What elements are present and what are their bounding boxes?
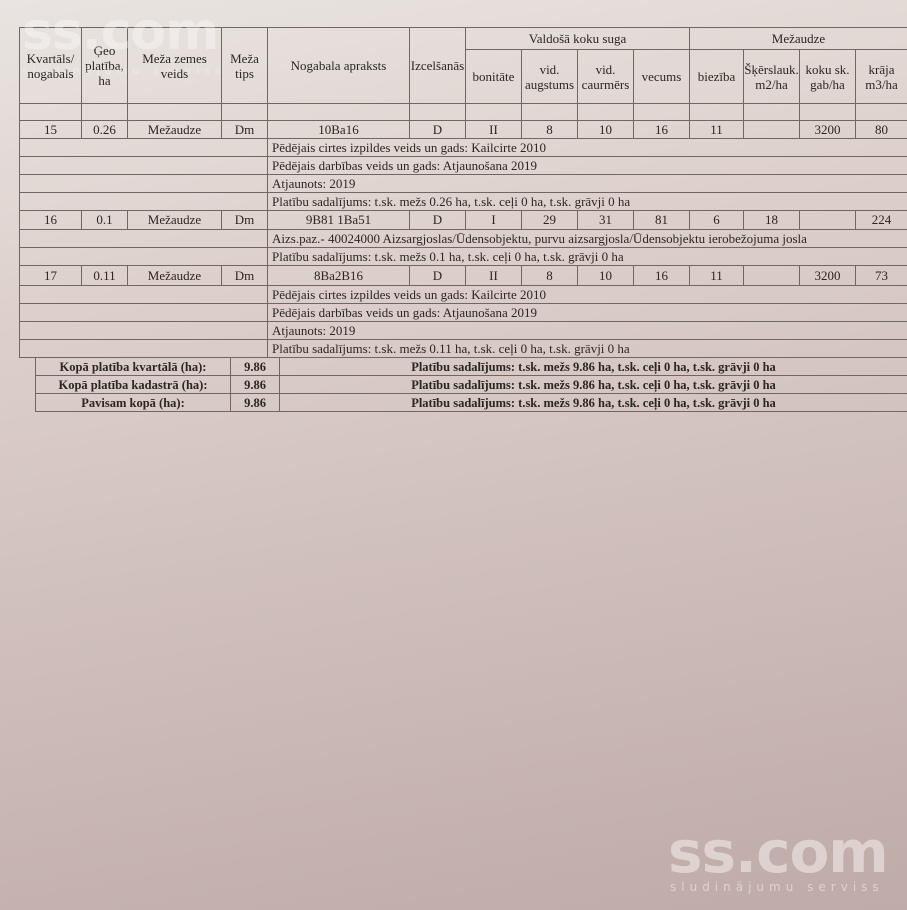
- row-16-caurmers: 31: [577, 210, 634, 230]
- header-spacer-cell: [743, 103, 800, 121]
- row-17-izcelsanas: D: [409, 265, 466, 286]
- watermark-tagline-top: sludinājumu serviss: [22, 64, 226, 77]
- total-value: 9.86: [230, 357, 280, 376]
- note-spacer: [19, 247, 268, 266]
- note-spacer: [19, 321, 268, 340]
- header-spacer-cell: [521, 103, 578, 121]
- note-spacer: [19, 285, 268, 304]
- total-label: Pavisam kopā (ha):: [35, 393, 231, 412]
- row-17-augstums: 8: [521, 265, 578, 286]
- forest-inventory-sheet: Kvartāls/ nogabalsĢeo platība, haMeža ze…: [0, 0, 907, 910]
- row-17-vecums: 16: [633, 265, 690, 286]
- total-value: 9.86: [230, 393, 280, 412]
- row-17-geo: 0.11: [81, 265, 128, 286]
- header-vid-caurmers: vid. caurmērs: [577, 49, 634, 104]
- header-spacer-cell: [799, 103, 856, 121]
- row-16-apraksts: 9B81 1Ba51: [267, 210, 410, 230]
- total-label: Kopā platība kvartālā (ha):: [35, 357, 231, 376]
- header-kraja: krāja m3/ha: [855, 49, 907, 104]
- row-17-tips: Dm: [221, 265, 268, 286]
- watermark-brand: ss.com: [668, 818, 888, 886]
- header-vid-augstums: vid. augstums: [521, 49, 578, 104]
- row-15-veids: Mežaudze: [127, 120, 222, 139]
- row-17-biezība: 11: [689, 265, 744, 286]
- header-valdosa-koku-suga: Valdošā koku suga: [465, 27, 690, 50]
- header-spacer-cell: [19, 103, 82, 121]
- row-16-koku_sk: [799, 210, 856, 230]
- row-17-veids: Mežaudze: [127, 265, 222, 286]
- row-17-note: Platību sadalījums: t.sk. mežs 0.11 ha, …: [267, 339, 907, 358]
- header-biezība: biezība: [689, 49, 744, 104]
- header-nogabala-apraksts: Nogabala apraksts: [267, 27, 410, 104]
- row-16-note: Aizs.paz.- 40024000 Aizsargjoslas/Ūdenso…: [267, 229, 907, 248]
- header-spacer-cell: [221, 103, 268, 121]
- total-breakdown: Platību sadalījums: t.sk. mežs 9.86 ha, …: [279, 375, 907, 394]
- watermark-brand-top: ss.com: [22, 2, 218, 62]
- row-17-bonitate: II: [465, 265, 522, 286]
- header-koku-sk: koku sk. gab/ha: [799, 49, 856, 104]
- row-16-kraja: 224: [855, 210, 907, 230]
- header-vecums: vecums: [633, 49, 690, 104]
- row-15-kvartals: 15: [19, 120, 82, 139]
- header-skerslauk: Šķērslauk. m2/ha: [743, 49, 800, 104]
- row-15-caurmers: 10: [577, 120, 634, 139]
- row-15-note: Platību sadalījums: t.sk. mežs 0.26 ha, …: [267, 192, 907, 211]
- row-16-augstums: 29: [521, 210, 578, 230]
- header-spacer-cell: [465, 103, 522, 121]
- total-breakdown: Platību sadalījums: t.sk. mežs 9.86 ha, …: [279, 393, 907, 412]
- row-17-caurmers: 10: [577, 265, 634, 286]
- row-17-kvartals: 17: [19, 265, 82, 286]
- row-15-note: Pēdējais darbības veids un gads: Atjauno…: [267, 156, 907, 175]
- row-15-apraksts: 10Ba16: [267, 120, 410, 139]
- note-spacer: [19, 229, 268, 248]
- note-spacer: [19, 303, 268, 322]
- row-15-koku_sk: 3200: [799, 120, 856, 139]
- row-15-note: Pēdējais cirtes izpildes veids un gads: …: [267, 138, 907, 157]
- watermark-tagline: sludinājumu serviss: [670, 880, 884, 894]
- total-label: Kopā platība kadastrā (ha):: [35, 375, 231, 394]
- row-17-note: Pēdējais darbības veids un gads: Atjauno…: [267, 303, 907, 322]
- note-spacer: [19, 156, 268, 175]
- header-spacer-cell: [127, 103, 222, 121]
- row-16-skerslauk: 18: [743, 210, 800, 230]
- header-spacer-cell: [267, 103, 410, 121]
- row-17-koku_sk: 3200: [799, 265, 856, 286]
- row-17-skerslauk: [743, 265, 800, 286]
- row-16-bonitate: I: [465, 210, 522, 230]
- row-16-tips: Dm: [221, 210, 268, 230]
- header-spacer-cell: [409, 103, 466, 121]
- row-15-bonitate: II: [465, 120, 522, 139]
- header-bonitate: bonitāte: [465, 49, 522, 104]
- header-spacer-cell: [81, 103, 128, 121]
- row-15-skerslauk: [743, 120, 800, 139]
- total-breakdown: Platību sadalījums: t.sk. mežs 9.86 ha, …: [279, 357, 907, 376]
- header-spacer-cell: [577, 103, 634, 121]
- row-16-kvartals: 16: [19, 210, 82, 230]
- header-mezaudze: Mežaudze: [689, 27, 907, 50]
- header-meza-tips: Meža tips: [221, 27, 268, 104]
- row-16-veids: Mežaudze: [127, 210, 222, 230]
- header-spacer-cell: [633, 103, 690, 121]
- row-15-vecums: 16: [633, 120, 690, 139]
- row-16-geo: 0.1: [81, 210, 128, 230]
- row-15-augstums: 8: [521, 120, 578, 139]
- row-15-note: Atjaunots: 2019: [267, 174, 907, 193]
- note-spacer: [19, 138, 268, 157]
- row-17-note: Pēdējais cirtes izpildes veids un gads: …: [267, 285, 907, 304]
- header-izcelsanas: Izcelšanās: [409, 27, 466, 104]
- row-17-kraja: 73: [855, 265, 907, 286]
- row-15-geo: 0.26: [81, 120, 128, 139]
- row-16-biezība: 6: [689, 210, 744, 230]
- row-16-izcelsanas: D: [409, 210, 466, 230]
- row-15-biezība: 11: [689, 120, 744, 139]
- note-spacer: [19, 174, 268, 193]
- note-spacer: [19, 192, 268, 211]
- total-value: 9.86: [230, 375, 280, 394]
- header-spacer-cell: [855, 103, 907, 121]
- row-17-note: Atjaunots: 2019: [267, 321, 907, 340]
- row-17-apraksts: 8Ba2B16: [267, 265, 410, 286]
- row-16-vecums: 81: [633, 210, 690, 230]
- row-15-tips: Dm: [221, 120, 268, 139]
- header-spacer-cell: [689, 103, 744, 121]
- note-spacer: [19, 339, 268, 358]
- row-15-izcelsanas: D: [409, 120, 466, 139]
- row-16-note: Platību sadalījums: t.sk. mežs 0.1 ha, t…: [267, 247, 907, 266]
- row-15-kraja: 80: [855, 120, 907, 139]
